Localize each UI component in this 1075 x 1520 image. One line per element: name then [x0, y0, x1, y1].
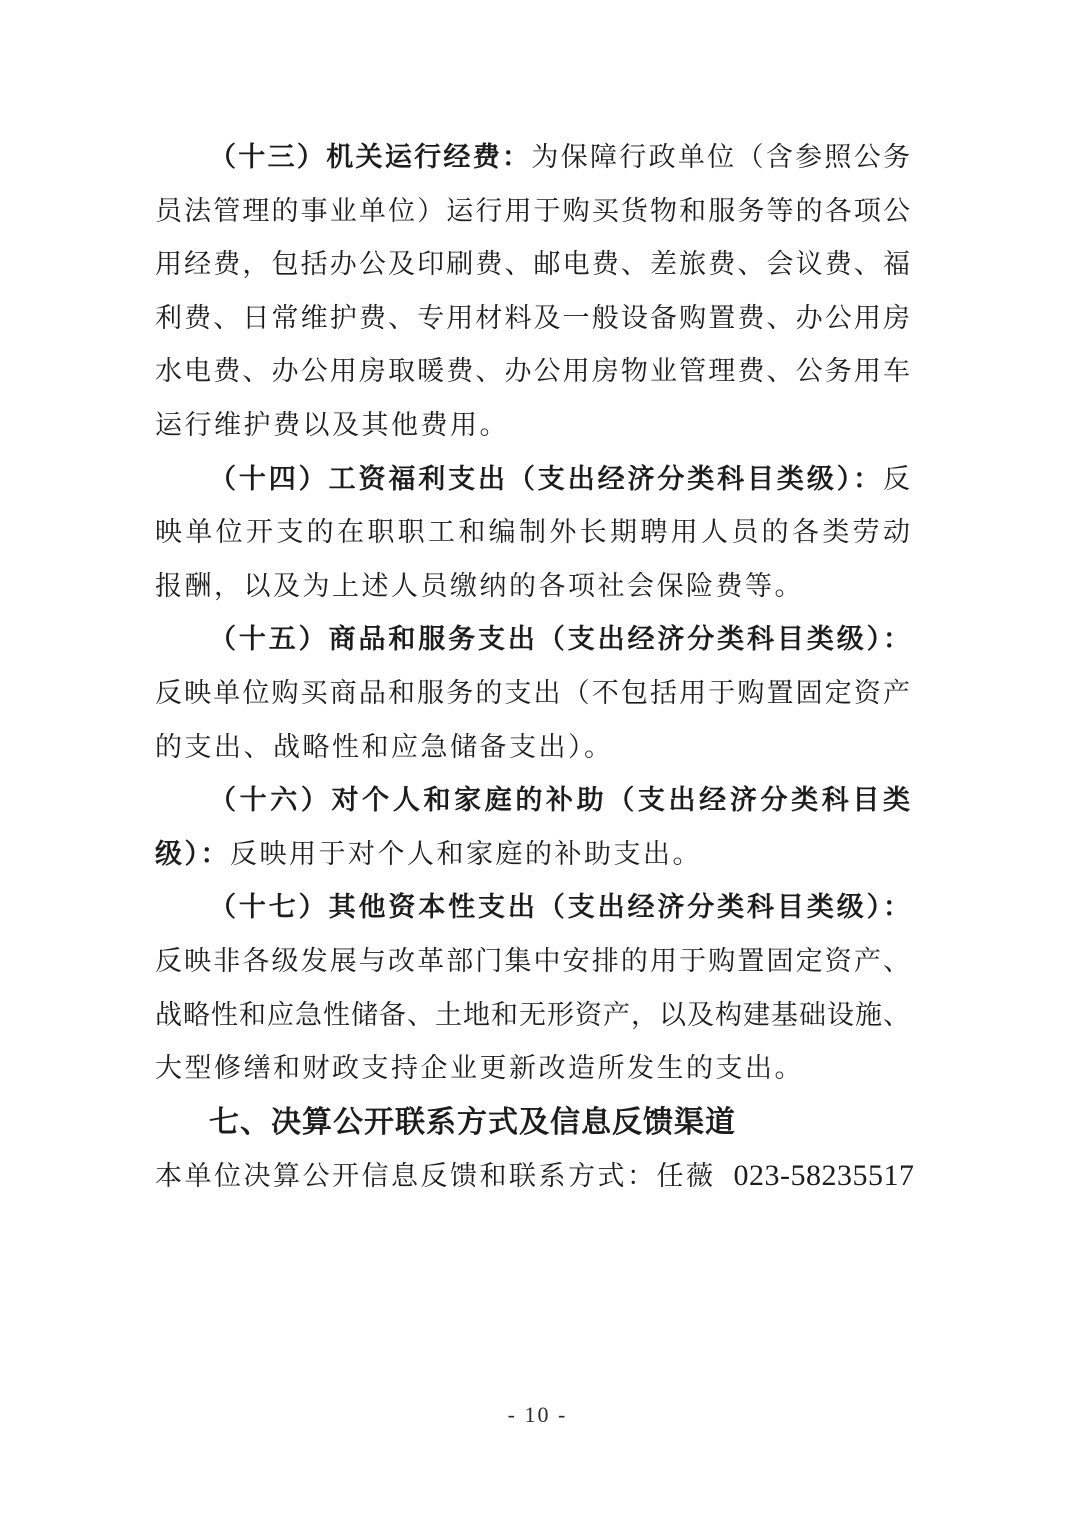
text-line: 报酬，以及为上述人员缴纳的各项社会保险费等。: [155, 560, 910, 614]
text-run: 员法管理的事业单位）运行用于购买货物和服务等的各项公: [155, 196, 910, 226]
text-line: 大型修缮和财政支持企业更新改造所发生的支出。: [155, 1042, 910, 1096]
bold-text-run: （十三）机关运行经费：: [209, 142, 531, 172]
text-run: 用经费，包括办公及印刷费、邮电费、差旅费、会议费、福: [155, 249, 910, 279]
text-run: 大型修缮和财政支持企业更新改造所发生的支出。: [155, 1053, 804, 1083]
text-line: 反映单位购买商品和服务的支出（不包括用于购置固定资产: [155, 667, 910, 721]
text-line: 用经费，包括办公及印刷费、邮电费、差旅费、会议费、福: [155, 238, 910, 292]
text-run: 报酬，以及为上述人员缴纳的各项社会保险费等。: [155, 571, 804, 601]
bold-text-run: （十四）工资福利支出（支出经济分类科目类级）：: [209, 464, 883, 494]
text-run: 反映非各级发展与改革部门集中安排的用于购置固定资产、: [155, 946, 910, 976]
text-line: 级）：反映用于对个人和家庭的补助支出。: [155, 828, 910, 882]
text-line: 水电费、办公用房取暖费、办公用房物业管理费、公务用车: [155, 345, 910, 399]
text-line: 战略性和应急性储备、土地和无形资产，以及构建基础设施、: [155, 989, 910, 1043]
bold-text-run: （十七）其他资本性支出（支出经济分类科目类级）：: [209, 892, 910, 922]
document-content: （十三）机关运行经费：为保障行政单位（含参照公务员法管理的事业单位）运行用于购买…: [155, 131, 910, 1204]
text-run: 映单位开支的在职职工和编制外长期聘用人员的各类劳动: [155, 517, 910, 547]
text-line: （十四）工资福利支出（支出经济分类科目类级）：反: [155, 453, 910, 507]
contact-person-name: 任薇: [657, 1161, 716, 1191]
text-run: 反映单位购买商品和服务的支出（不包括用于购置固定资产: [155, 678, 910, 708]
body-text: （十三）机关运行经费：为保障行政单位（含参照公务员法管理的事业单位）运行用于购买…: [155, 131, 910, 1096]
text-line: 反映非各级发展与改革部门集中安排的用于购置固定资产、: [155, 935, 910, 989]
paragraph: （十六）对个人和家庭的补助（支出经济分类科目类级）：反映用于对个人和家庭的补助支…: [155, 774, 910, 881]
paragraph: （十五）商品和服务支出（支出经济分类科目类级）：反映单位购买商品和服务的支出（不…: [155, 613, 910, 774]
contact-phone: 023-58235517: [734, 1159, 915, 1192]
section-heading: 七、决算公开联系方式及信息反馈渠道: [155, 1096, 910, 1150]
text-line: （十三）机关运行经费：为保障行政单位（含参照公务: [155, 131, 910, 185]
text-line: 员法管理的事业单位）运行用于购买货物和服务等的各项公: [155, 185, 910, 239]
text-run: 的支出、战略性和应急储备支出）。: [155, 732, 614, 762]
text-run: 反: [883, 464, 910, 494]
bold-text-run: （十六）对个人和家庭的补助（支出经济分类科目类: [209, 785, 910, 815]
paragraph: （十四）工资福利支出（支出经济分类科目类级）：反映单位开支的在职职工和编制外长期…: [155, 453, 910, 614]
text-line: 的支出、战略性和应急储备支出）。: [155, 721, 910, 775]
bold-text-run: 级）：: [155, 839, 230, 869]
text-run: 为保障行政单位（含参照公务: [531, 142, 910, 172]
text-run: 运行维护费以及其他费用。: [155, 410, 509, 440]
contact-label: 本单位决算公开信息反馈和联系方式：: [155, 1161, 657, 1191]
text-line: （十七）其他资本性支出（支出经济分类科目类级）：: [155, 881, 910, 935]
text-line: 利费、日常维护费、专用材料及一般设备购置费、办公用房: [155, 292, 910, 346]
text-line: 映单位开支的在职职工和编制外长期聘用人员的各类劳动: [155, 506, 910, 560]
text-run: 反映用于对个人和家庭的补助支出。: [230, 839, 702, 869]
contact-line: 本单位决算公开信息反馈和联系方式：任薇023-58235517: [155, 1149, 910, 1204]
text-run: 水电费、办公用房取暖费、办公用房物业管理费、公务用车: [155, 356, 910, 386]
text-run: 利费、日常维护费、专用材料及一般设备购置费、办公用房: [155, 303, 910, 333]
paragraph: （十三）机关运行经费：为保障行政单位（含参照公务员法管理的事业单位）运行用于购买…: [155, 131, 910, 453]
text-run: 战略性和应急性储备、土地和无形资产，以及构建基础设施、: [155, 1000, 910, 1030]
page-number: - 10 -: [0, 1402, 1075, 1428]
document-page: （十三）机关运行经费：为保障行政单位（含参照公务员法管理的事业单位）运行用于购买…: [0, 0, 1075, 1520]
bold-text-run: （十五）商品和服务支出（支出经济分类科目类级）：: [209, 624, 910, 654]
paragraph: （十七）其他资本性支出（支出经济分类科目类级）：反映非各级发展与改革部门集中安排…: [155, 881, 910, 1095]
text-line: （十五）商品和服务支出（支出经济分类科目类级）：: [155, 613, 910, 667]
text-line: 运行维护费以及其他费用。: [155, 399, 910, 453]
text-line: （十六）对个人和家庭的补助（支出经济分类科目类: [155, 774, 910, 828]
